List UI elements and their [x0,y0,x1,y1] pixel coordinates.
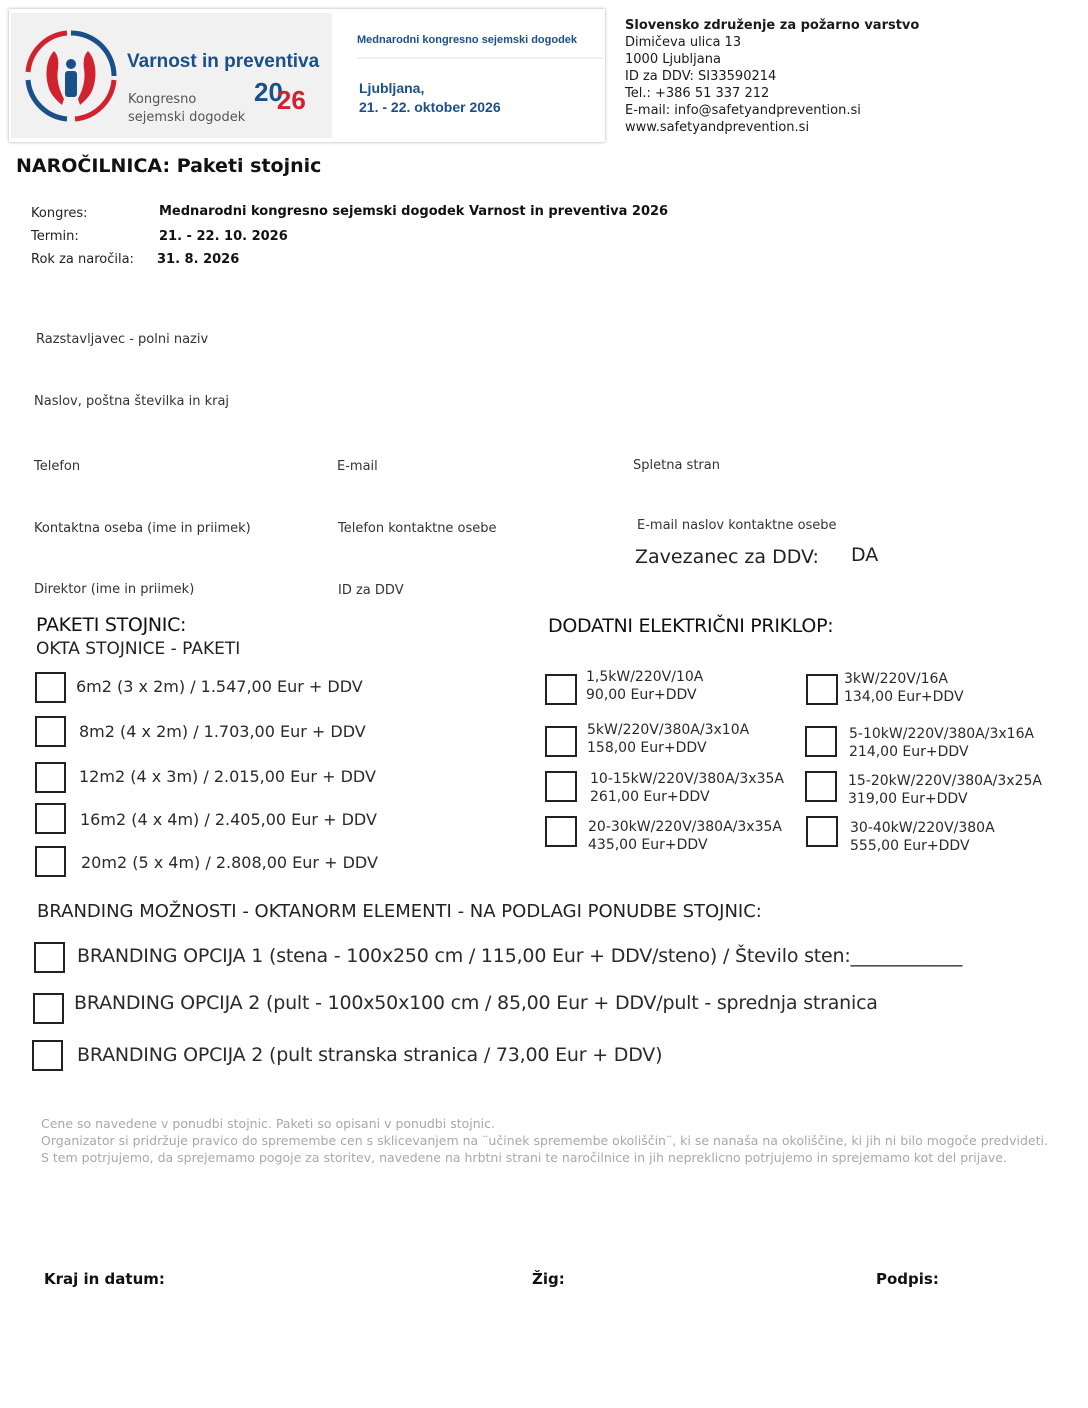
electrical-price: 555,00 Eur+DDV [850,837,995,855]
contact-person-label: Kontaktna oseba (ime in priimek) [34,521,251,536]
protective-hands-person-icon [24,29,118,123]
phone-label: Telefon [34,459,80,474]
vat-id-field[interactable] [338,600,518,614]
banner-year: 2026 [254,79,306,105]
organizer-street: Dimičeva ulica 13 [625,34,919,51]
event-banner: Varnost in preventiva Kongresno sejemski… [9,9,605,142]
electrical-spec: 15-20kW/220V/380A/3x25A [848,772,1042,790]
branding-option-label: BRANDING OPCIJA 2 (pult stranska stranic… [77,1044,662,1066]
director-label: Direktor (ime in priimek) [34,582,194,597]
email-field[interactable] [337,479,617,501]
electrical-price: 90,00 Eur+DDV [586,686,703,704]
organizer-phone: Tel.: +386 51 337 212 [625,85,919,102]
deadline-label: Rok za naročila: [31,252,134,267]
term-label: Termin: [31,229,79,244]
electrical-price: 319,00 Eur+DDV [848,790,1042,808]
electrical-price: 261,00 Eur+DDV [590,788,784,806]
contact-phone-label: Telefon kontaktne osebe [338,521,497,536]
congress-value: Mednarodni kongresno sejemski dogodek Va… [159,204,668,219]
term-value: 21. - 22. 10. 2026 [159,229,288,244]
banner-dates: 21. - 22. oktober 2026 [359,98,501,117]
electrical-checkbox[interactable] [805,771,837,802]
congress-label: Kongres: [31,206,88,221]
electrical-price: 158,00 Eur+DDV [587,739,749,757]
organizer-vat-id: ID za DDV: SI33590214 [625,68,919,85]
electrical-spec: 1,5kW/220V/10A [586,668,703,686]
electrical-heading: DODATNI ELEKTRIČNI PRIKLOP: [548,615,833,637]
branding-checkbox[interactable] [32,1040,63,1071]
note-price-change: Organizator si pridržuje pravico do spre… [41,1132,1051,1149]
packages-subheading: OKTA STOJNICE - PAKETI [36,639,240,659]
address-field[interactable] [34,414,1034,436]
page-title: NAROČILNICA: Paketi stojnic [16,155,321,177]
contact-phone-field[interactable] [338,541,618,563]
note-acceptance: S tem potrjujemo, da sprejemamo pogoje z… [41,1149,1051,1166]
place-date-label: Kraj in datum: [44,1270,165,1288]
exhibitor-name-field[interactable] [36,352,1036,374]
electrical-spec: 3kW/220V/16A [844,670,964,688]
electrical-option: 5kW/220V/380A/3x10A 158,00 Eur+DDV [587,721,749,757]
banner-city: Ljubljana, [359,79,501,98]
packages-heading: PAKETI STOJNIC: [36,614,186,636]
electrical-price: 214,00 Eur+DDV [849,743,1034,761]
banner-subtitle-line2: sejemski dogodek [128,109,288,127]
branding-option-label: BRANDING OPCIJA 1 (stena - 100x250 cm / … [77,945,962,967]
contact-person-field[interactable] [34,541,314,563]
banner-year-part2: 26 [277,85,306,115]
electrical-checkbox[interactable] [545,726,577,757]
electrical-option: 10-15kW/220V/380A/3x35A 261,00 Eur+DDV [590,770,784,806]
vat-id-label: ID za DDV [338,583,404,598]
banner-event-type: Mednarodni kongresno sejemski dogodek [357,34,577,46]
banner-title: Varnost in preventiva [127,51,319,73]
electrical-spec: 10-15kW/220V/380A/3x35A [590,770,784,788]
signature-label: Podpis: [876,1270,939,1288]
package-label: 6m2 (3 x 2m) / 1.547,00 Eur + DDV [76,677,363,696]
electrical-spec: 5kW/220V/380A/3x10A [587,721,749,739]
electrical-checkbox[interactable] [545,674,577,705]
branding-checkbox[interactable] [34,942,65,973]
package-checkbox[interactable] [35,716,66,747]
website-field[interactable] [633,478,1033,500]
electrical-spec: 5-10kW/220V/380A/3x16A [849,725,1034,743]
phone-field[interactable] [34,479,314,501]
email-label: E-mail [337,459,378,474]
electrical-checkbox[interactable] [806,816,838,847]
deadline-value: 31. 8. 2026 [157,252,239,267]
website-label: Spletna stran [633,458,720,473]
electrical-price: 134,00 Eur+DDV [844,688,964,706]
electrical-option: 30-40kW/220V/380A 555,00 Eur+DDV [850,819,995,855]
exhibitor-name-label: Razstavljavec - polni naziv [36,332,208,347]
branding-option-label: BRANDING OPCIJA 2 (pult - 100x50x100 cm … [74,992,878,1014]
electrical-spec: 20-30kW/220V/380A/3x35A [588,818,782,836]
package-label: 20m2 (5 x 4m) / 2.808,00 Eur + DDV [81,853,378,872]
stamp-label: Žig: [532,1270,565,1288]
package-label: 16m2 (4 x 4m) / 2.405,00 Eur + DDV [80,810,377,829]
director-field[interactable] [34,600,314,614]
package-checkbox[interactable] [35,762,66,793]
electrical-spec: 30-40kW/220V/380A [850,819,995,837]
electrical-checkbox[interactable] [806,674,838,705]
electrical-checkbox[interactable] [545,771,577,802]
electrical-price: 435,00 Eur+DDV [588,836,782,854]
electrical-option: 3kW/220V/16A 134,00 Eur+DDV [844,670,964,706]
package-checkbox[interactable] [35,803,66,834]
electrical-option: 5-10kW/220V/380A/3x16A 214,00 Eur+DDV [849,725,1034,761]
package-label: 8m2 (4 x 2m) / 1.703,00 Eur + DDV [79,722,366,741]
banner-logo-panel: Varnost in preventiva Kongresno sejemski… [11,13,332,138]
vat-payer-label: Zavezanec za DDV: [635,546,819,568]
package-checkbox[interactable] [35,846,66,877]
banner-divider [357,57,603,59]
electrical-checkbox[interactable] [545,816,577,847]
organizer-name: Slovensko združenje za požarno varstvo [625,17,919,34]
electrical-option: 20-30kW/220V/380A/3x35A 435,00 Eur+DDV [588,818,782,854]
banner-location-dates: Ljubljana, 21. - 22. oktober 2026 [359,79,501,117]
note-prices: Cene so navedene v ponudbi stojnic. Pake… [41,1115,1051,1132]
electrical-option: 15-20kW/220V/380A/3x25A 319,00 Eur+DDV [848,772,1042,808]
package-label: 12m2 (4 x 3m) / 2.015,00 Eur + DDV [79,767,376,786]
organizer-website[interactable]: www.safetyandprevention.si [625,119,919,136]
address-label: Naslov, poštna številka in kraj [34,394,229,409]
electrical-checkbox[interactable] [805,726,837,757]
branding-heading: BRANDING MOŽNOSTI - OKTANORM ELEMENTI - … [37,901,762,922]
organizer-email[interactable]: E-mail: info@safetyandprevention.si [625,102,919,119]
package-checkbox[interactable] [35,672,66,703]
contact-email-label: E-mail naslov kontaktne osebe [637,518,837,533]
organizer-info: Slovensko združenje za požarno varstvo D… [625,17,919,136]
branding-checkbox[interactable] [33,993,64,1024]
organizer-city: 1000 Ljubljana [625,51,919,68]
electrical-option: 1,5kW/220V/10A 90,00 Eur+DDV [586,668,703,704]
terms-notes: Cene so navedene v ponudbi stojnic. Pake… [41,1115,1051,1166]
vat-payer-value[interactable]: DA [851,544,878,566]
